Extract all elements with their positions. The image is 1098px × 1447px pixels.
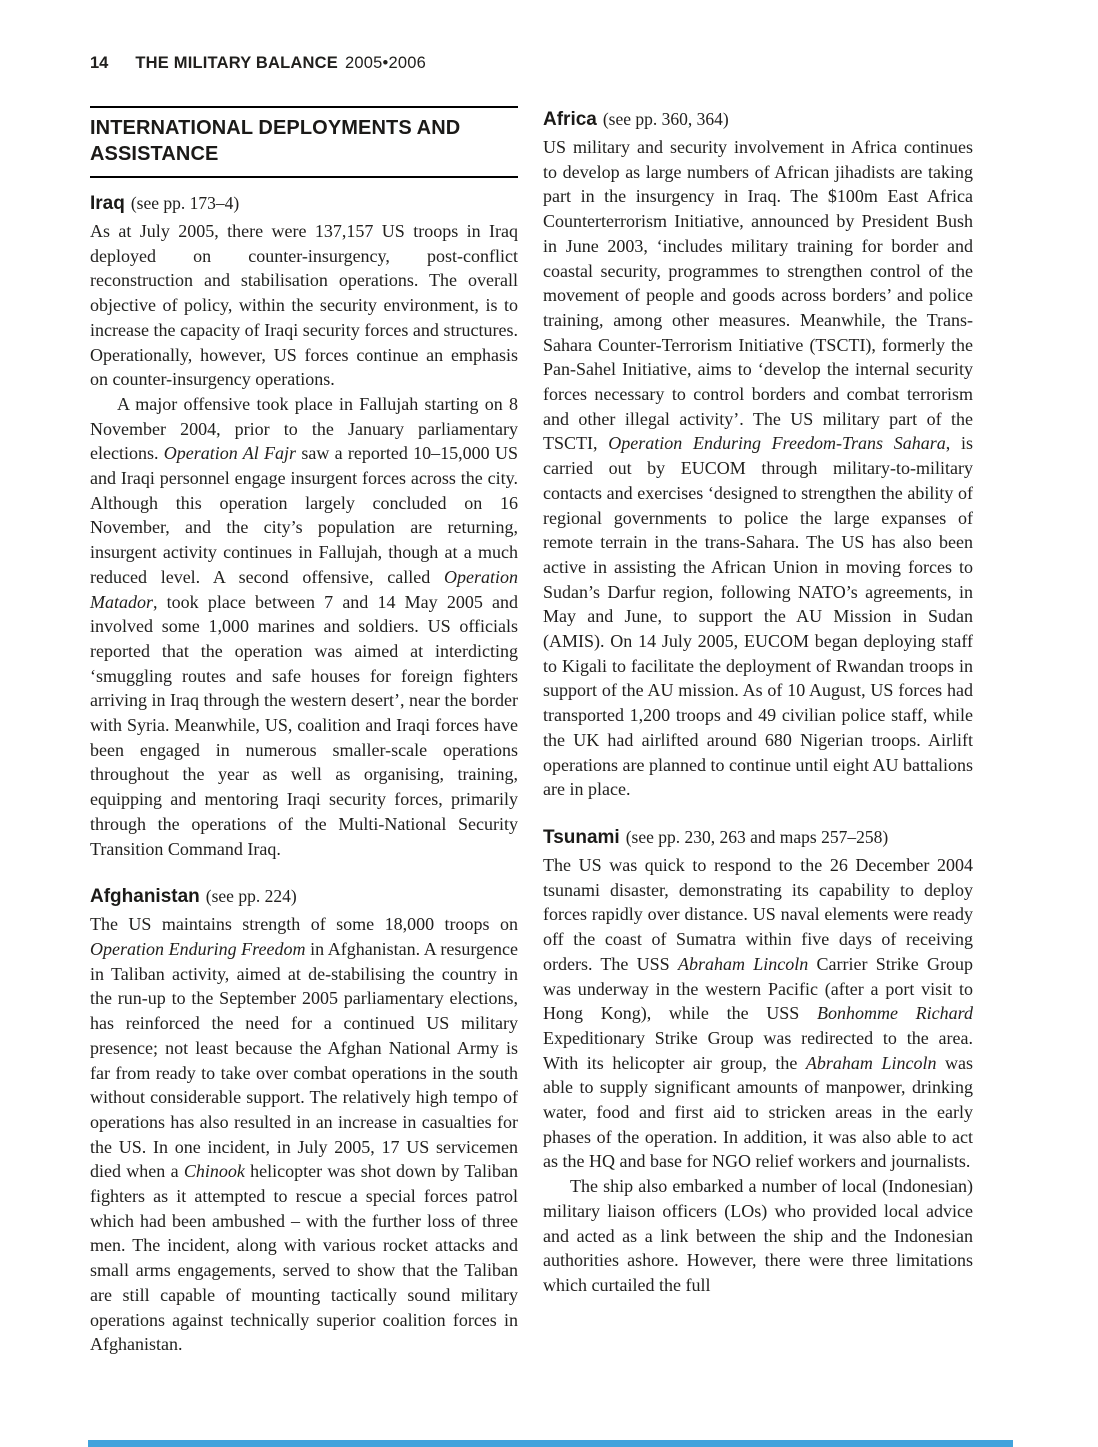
paragraph-tsunami-2: The ship also embarked a number of local… bbox=[543, 1174, 973, 1298]
article-title-tsunami: Tsunami bbox=[543, 827, 620, 848]
book-title: THE MILITARY BALANCE bbox=[135, 54, 338, 73]
document-page: 14 THE MILITARY BALANCE 2005•2006 INTERN… bbox=[0, 0, 1098, 1447]
article-ref-afghanistan: (see pp. 224) bbox=[206, 886, 297, 906]
left-column: INTERNATIONAL DEPLOYMENTS AND ASSISTANCE… bbox=[90, 106, 518, 1357]
paragraph-africa-1: US military and security involvement in … bbox=[543, 135, 973, 802]
two-column-layout: INTERNATIONAL DEPLOYMENTS AND ASSISTANCE… bbox=[90, 106, 973, 1357]
article-ref-iraq: (see pp. 173–4) bbox=[131, 193, 239, 213]
article-heading-africa: Africa (see pp. 360, 364) bbox=[543, 106, 973, 132]
article-afghanistan: Afghanistan (see pp. 224) The US maintai… bbox=[90, 883, 518, 1357]
article-heading-iraq: Iraq (see pp. 173–4) bbox=[90, 190, 518, 216]
section-heading-banner: INTERNATIONAL DEPLOYMENTS AND ASSISTANCE bbox=[90, 106, 518, 178]
paragraph-iraq-2: A major offensive took place in Fallujah… bbox=[90, 392, 518, 861]
book-edition: 2005•2006 bbox=[345, 54, 426, 73]
article-iraq: Iraq (see pp. 173–4) As at July 2005, th… bbox=[90, 190, 518, 861]
page-header: 14 THE MILITARY BALANCE 2005•2006 bbox=[90, 54, 973, 74]
paragraph-afghanistan-1: The US maintains strength of some 18,000… bbox=[90, 912, 518, 1357]
article-title-afghanistan: Afghanistan bbox=[90, 886, 200, 907]
article-title-africa: Africa bbox=[543, 109, 597, 130]
footer-accent-bar bbox=[88, 1440, 1013, 1447]
page-number: 14 bbox=[90, 54, 108, 73]
article-title-iraq: Iraq bbox=[90, 193, 125, 214]
article-ref-tsunami: (see pp. 230, 263 and maps 257–258) bbox=[626, 827, 888, 847]
paragraph-tsunami-1: The US was quick to respond to the 26 De… bbox=[543, 853, 973, 1174]
article-heading-afghanistan: Afghanistan (see pp. 224) bbox=[90, 883, 518, 909]
article-ref-africa: (see pp. 360, 364) bbox=[603, 109, 729, 129]
article-tsunami: Tsunami (see pp. 230, 263 and maps 257–2… bbox=[543, 824, 973, 1298]
paragraph-iraq-1: As at July 2005, there were 137,157 US t… bbox=[90, 219, 518, 392]
article-heading-tsunami: Tsunami (see pp. 230, 263 and maps 257–2… bbox=[543, 824, 973, 850]
article-africa: Africa (see pp. 360, 364) US military an… bbox=[543, 106, 973, 802]
section-title: INTERNATIONAL DEPLOYMENTS AND ASSISTANCE bbox=[90, 115, 518, 167]
right-column: Africa (see pp. 360, 364) US military an… bbox=[543, 106, 973, 1357]
